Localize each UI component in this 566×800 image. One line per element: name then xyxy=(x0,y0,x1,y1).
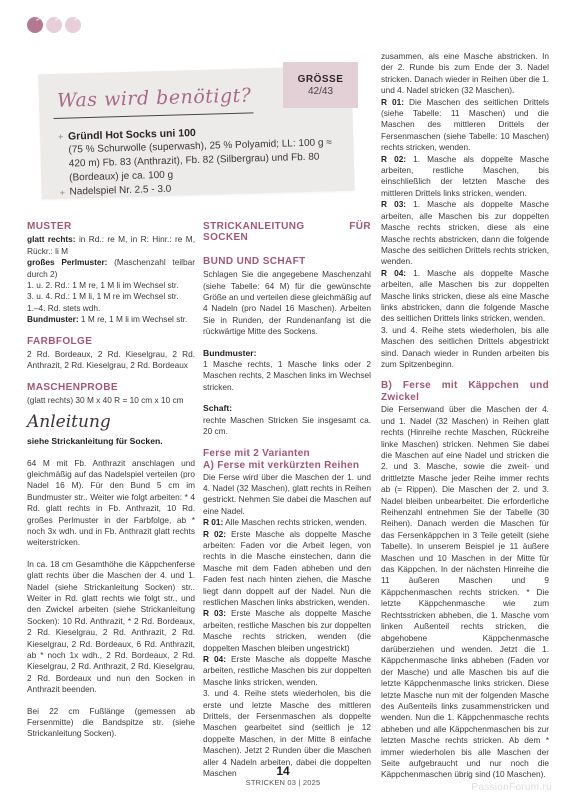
anleitung-paragraph: 64 M mit Fb. Anthrazit anschlagen und gl… xyxy=(27,458,195,549)
size-box: GRÖSSE 42/43 xyxy=(283,62,358,108)
material-item-yarn: Gründl Hot Socks uni 100 (75 % Schurwoll… xyxy=(58,122,344,186)
magazine-issue: STRICKEN 03 | 2025 xyxy=(233,778,333,787)
left-column: MUSTER glatt rechts: in Rd.: re M, in R:… xyxy=(27,221,195,740)
anleitung-intro: siehe Strickanleitung für Socken. xyxy=(27,436,195,447)
schaft-text: rechte Maschen Stricken Sie insgesamt ca… xyxy=(203,415,371,438)
materials-list: Gründl Hot Socks uni 100 (75 % Schurwoll… xyxy=(58,122,345,200)
page-number: 14 xyxy=(233,764,333,778)
maschenprobe-text: (glatt rechts) 30 M x 40 R = 10 cm x 10 … xyxy=(27,395,195,406)
yarn-ball-empty-icon xyxy=(46,17,62,33)
row-instruction: R 01: Alle Maschen rechts stricken, wend… xyxy=(203,517,371,528)
bundmuster-label: Bundmuster: xyxy=(203,348,371,359)
ferse-heading: Ferse mit 2 Varianten xyxy=(203,448,371,460)
farbfolge-text: 2 Rd. Bordeaux, 2 Rd. Kieselgrau, 2 Rd. … xyxy=(27,349,195,372)
size-label: GRÖSSE xyxy=(283,74,358,85)
muster-line: großes Perlmuster: (Maschenzahl teilbar … xyxy=(27,257,195,280)
yarn-ball-empty-icon xyxy=(65,17,81,33)
right-outro: 3. und 4. Reihe stets wiederholen, bis a… xyxy=(381,325,549,371)
row-instruction: R 01: Die Maschen des seitlichen Drittel… xyxy=(381,97,549,154)
watermark: PassionForum.ru xyxy=(471,782,552,793)
variant-b-text: Die Fersenwand über die Maschen der 4. u… xyxy=(381,404,549,780)
continuation-text: zusammen, als eine Masche abstricken. In… xyxy=(381,51,549,97)
middle-column: STRICKANLEITUNG FÜR SOCKEN BUND UND SCHA… xyxy=(203,221,371,779)
page-footer: 14 STRICKEN 03 | 2025 xyxy=(233,764,333,787)
muster-heading: MUSTER xyxy=(27,221,195,232)
materials-title: Was wird benötigt? xyxy=(57,84,252,111)
difficulty-rating xyxy=(27,17,81,33)
muster-line: glatt rechts: in Rd.: re M, in R: Hinr.:… xyxy=(27,234,195,257)
row-instruction: R 04: 1. Masche als doppelte Masche arbe… xyxy=(381,268,549,325)
row-instruction: R 04: Erste Masche als doppelte Masche a… xyxy=(203,654,371,688)
maschenprobe-heading: MASCHENPROBE xyxy=(27,382,195,393)
row-instruction: R 03: Erste Masche als doppelte Masche a… xyxy=(203,608,371,654)
yarn-ball-filled-icon xyxy=(27,17,43,33)
muster-line: 1. u. 2. Rd.: 1 M re, 1 M li im Wechsel … xyxy=(27,280,195,291)
ferse-intro: Die Ferse wird über die Maschen der 1. u… xyxy=(203,472,371,518)
variant-a-heading: A) Ferse mit verkürzten Reihen xyxy=(203,460,371,472)
muster-line: 3. u. 4. Rd.: 1 M li, 1 M re im Wechsel … xyxy=(27,291,195,302)
row-instruction: R 02: 1. Masche als doppelte Masche arbe… xyxy=(381,154,549,200)
anleitung-heading: Anleitung xyxy=(27,417,195,428)
magazine-page: Was wird benötigt? Gründl Hot Socks uni … xyxy=(0,0,566,800)
bund-text: Schlagen Sie die angegebene Maschenzahl … xyxy=(203,269,371,337)
bund-heading: BUND UND SCHAFT xyxy=(203,256,371,267)
size-value: 42/43 xyxy=(283,86,358,97)
row-instruction: R 03: 1. Masche als doppelte Masche arbe… xyxy=(381,199,549,267)
anleitung-paragraph: Bei 22 cm Fußlänge (gemessen ab Fersenmi… xyxy=(27,706,195,740)
bundmuster-text: 1 Masche rechts, 1 Masche links oder 2 M… xyxy=(203,359,371,393)
farbfolge-heading: FARBFOLGE xyxy=(27,336,195,347)
title-underline xyxy=(54,112,254,119)
right-column: zusammen, als eine Masche abstricken. In… xyxy=(381,51,549,781)
muster-line: Bundmuster: 1 M re, 1 M li im Wechsel st… xyxy=(27,314,195,325)
muster-line: 1.–4. Rd. stets wdh. xyxy=(27,303,195,314)
schaft-label: Schaft: xyxy=(203,403,371,414)
row-instruction: R 02: Erste Masche als doppelte Masche a… xyxy=(203,529,371,609)
strickanleitung-heading: STRICKANLEITUNG FÜR SOCKEN xyxy=(203,221,371,244)
variant-b-heading: B) Ferse mit Käppchen und Zwickel xyxy=(381,380,549,404)
anleitung-paragraph: In ca. 18 cm Gesamthöhe die Käppchenfers… xyxy=(27,559,195,696)
